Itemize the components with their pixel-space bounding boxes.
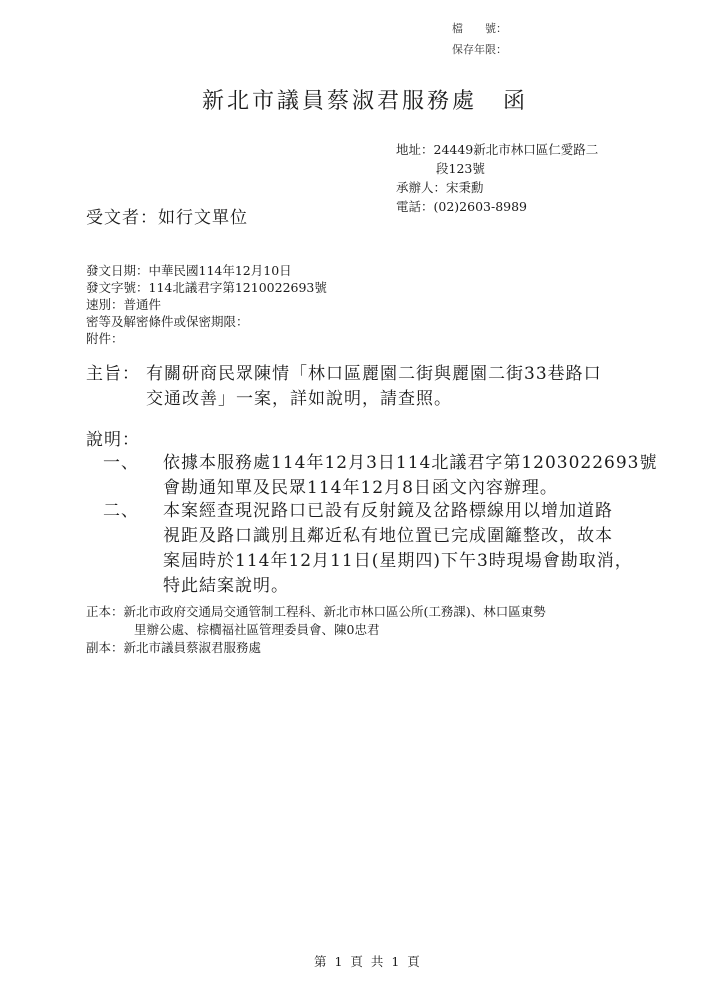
explanation-item-2: 二、本案經查現況路口已設有反射鏡及岔路標線用以增加道路 視距及路口識別且鄰近私有… bbox=[103, 499, 633, 599]
document-title: 新北市議員蔡淑君服務處函 bbox=[202, 84, 528, 115]
explanation-label: 說明： bbox=[86, 425, 140, 450]
phone: 電話：(02)2603-8989 bbox=[396, 197, 598, 216]
item-number: 一、 bbox=[103, 451, 163, 476]
copy-recipients: 副本：新北市議員蔡淑君服務處 bbox=[86, 639, 546, 657]
original-recipients-line-2: 里辦公處、棕櫚福社區管理委員會、陳0忠君 bbox=[86, 621, 546, 639]
address-line-2: 段123號 bbox=[396, 159, 598, 178]
handler: 承辦人：宋秉勳 bbox=[396, 178, 598, 197]
item-line: 視距及路口識別且鄰近私有地位置已完成圍籬整改，故本 bbox=[103, 524, 633, 549]
issue-date: 發文日期：中華民國114年12月10日 bbox=[86, 262, 327, 279]
address-line-1: 地址：24449新北市林口區仁愛路二 bbox=[396, 140, 598, 159]
file-number-label: 檔 號： bbox=[452, 20, 507, 36]
page-indicator: 第 1 頁 共 1 頁 bbox=[314, 952, 422, 970]
item-line: 會勘通知單及民眾114年12月8日函文內容辦理。 bbox=[103, 476, 658, 501]
document-number: 發文字號：114北議君字第1210022693號 bbox=[86, 279, 327, 296]
explanation-item-1: 一、依據本服務處114年12月3日114北議君字第1203022693號 會勘通… bbox=[103, 451, 658, 501]
organization-name: 新北市議員蔡淑君服務處 bbox=[202, 89, 477, 114]
delivery-speed: 速別：普通件 bbox=[86, 296, 327, 313]
item-number: 二、 bbox=[103, 499, 163, 524]
item-line: 本案經查現況路口已設有反射鏡及岔路標線用以增加道路 bbox=[163, 501, 613, 521]
original-recipients-line-1: 正本：新北市政府交通局交通管制工程科、新北市林口區公所(工務課)、林口區東勢 bbox=[86, 603, 546, 621]
subject-block: 主旨：有關研商民眾陳情「林口區麗園二街與麗園二街33巷路口 交通改善」一案，詳如… bbox=[86, 362, 602, 412]
recipient: 受文者：如行文單位 bbox=[86, 203, 248, 228]
classification: 密等及解密條件或保密期限： bbox=[86, 313, 327, 330]
retention-period-label: 保存年限： bbox=[452, 41, 507, 57]
subject-line-1: 有關研商民眾陳情「林口區麗園二街與麗園二街33巷路口 bbox=[146, 364, 602, 384]
distribution-block: 正本：新北市政府交通局交通管制工程科、新北市林口區公所(工務課)、林口區東勢 里… bbox=[86, 603, 546, 657]
contact-block: 地址：24449新北市林口區仁愛路二 段123號 承辦人：宋秉勳 電話：(02)… bbox=[396, 140, 598, 216]
document-info: 發文日期：中華民國114年12月10日 發文字號：114北議君字第1210022… bbox=[86, 262, 327, 347]
document-type: 函 bbox=[503, 89, 528, 114]
item-line: 依據本服務處114年12月3日114北議君字第1203022693號 bbox=[163, 453, 658, 473]
item-line: 案屆時於114年12月11日(星期四)下午3時現場會勘取消， bbox=[103, 549, 633, 574]
subject-label: 主旨： bbox=[86, 362, 146, 387]
item-line: 特此結案說明。 bbox=[103, 574, 633, 599]
attachment: 附件： bbox=[86, 330, 327, 347]
subject-line-2: 交通改善」一案，詳如說明，請查照。 bbox=[86, 387, 602, 412]
